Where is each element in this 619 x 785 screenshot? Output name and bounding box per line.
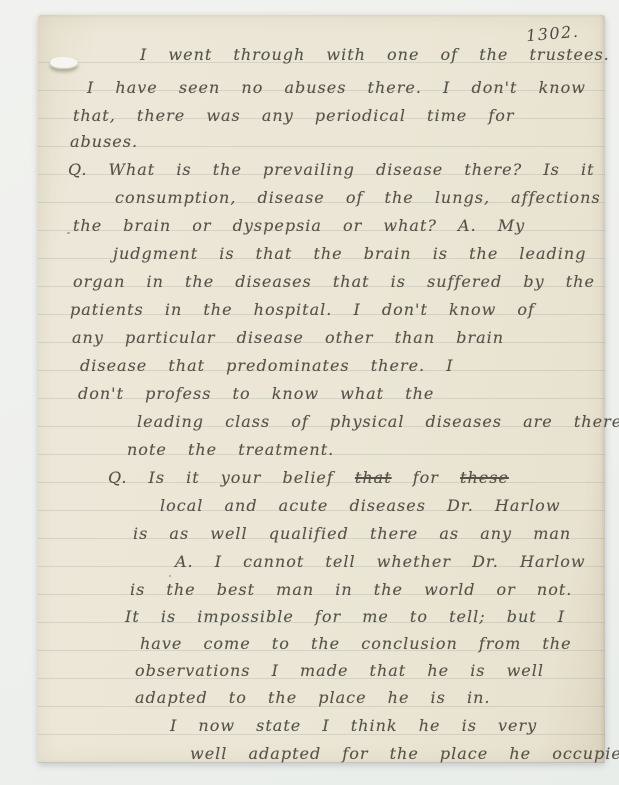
handwritten-word: or [497, 580, 516, 599]
handwritten-word: these [460, 468, 509, 487]
handwritten-line: disease that predominates there. I [80, 356, 454, 376]
handwritten-word: there [137, 106, 185, 125]
handwritten-word: patients [70, 300, 144, 319]
handwritten-word: disease [258, 188, 325, 207]
handwritten-word: that, [73, 106, 116, 125]
handwritten-word: is [433, 244, 448, 263]
handwritten-word: affections [511, 188, 601, 207]
handwritten-line: have come to the conclusion from the [140, 634, 572, 654]
handwritten-word: in [146, 272, 163, 291]
handwritten-word: occupies. [552, 744, 619, 763]
handwritten-word: don't [78, 384, 124, 403]
handwritten-word: well [210, 524, 247, 543]
handwritten-word: profess [145, 384, 211, 403]
handwritten-word: brain [456, 328, 504, 347]
handwritten-word: world [424, 580, 475, 599]
handwritten-word: the [469, 244, 498, 263]
handwritten-word: particular [125, 328, 216, 347]
handwritten-line: adapted to the place he is in. [135, 688, 490, 708]
handwritten-word: in [335, 580, 352, 599]
handwritten-word: as [439, 524, 459, 543]
handwritten-word: prevailing [263, 160, 355, 179]
handwritten-word: of [346, 188, 364, 207]
handwritten-word: any [480, 524, 512, 543]
handwritten-word: through [233, 45, 305, 64]
handwritten-word: is [161, 607, 176, 626]
handwritten-word: went [168, 45, 212, 64]
handwritten-word: dyspepsia [233, 216, 322, 235]
handwritten-word: there [370, 524, 418, 543]
handwritten-word: consumption, [115, 188, 236, 207]
handwritten-word: adapted [249, 744, 322, 763]
handwritten-word: he [509, 744, 531, 763]
handwritten-word: adapted [135, 688, 208, 707]
handwritten-word: for [342, 744, 368, 763]
handwritten-word: Harlow [495, 496, 561, 515]
handwritten-word: the [542, 634, 571, 653]
handwritten-word: diseases [235, 272, 311, 291]
handwritten-word: place [318, 688, 366, 707]
handwritten-word: class [225, 412, 270, 431]
handwritten-word: predominates [226, 356, 349, 375]
handwritten-line: leading class of physical diseases are t… [137, 412, 619, 434]
handwritten-word: one [387, 45, 419, 64]
handwritten-word: don't [471, 78, 517, 97]
handwritten-word: know [539, 78, 586, 97]
handwritten-word: in [165, 300, 182, 319]
handwritten-word: is [470, 661, 485, 680]
handwritten-word: belief [282, 468, 333, 487]
handwritten-line: patients in the hospital. I don't know o… [70, 300, 535, 320]
handwritten-word: Dr. [447, 496, 474, 515]
handwritten-word: What [109, 160, 156, 179]
handwritten-line: the brain or dyspepsia or what? A. My [73, 216, 525, 236]
handwritten-word: the [203, 300, 232, 319]
handwritten-word: leading [137, 412, 204, 431]
handwritten-word: that [333, 272, 370, 291]
handwritten-word: I [322, 716, 329, 735]
handwritten-word: I [443, 78, 450, 97]
handwriting-lines: I went through with one of the trustees.… [38, 15, 605, 763]
handwritten-word: any [262, 106, 294, 125]
handwritten-word: is [130, 580, 145, 599]
handwritten-word: other [325, 328, 373, 347]
handwritten-word: there, [574, 412, 619, 431]
handwritten-line: is as well qualified there as any man [133, 524, 571, 544]
handwritten-word: the [185, 272, 214, 291]
handwritten-word: leading [519, 244, 586, 263]
handwritten-word: well [190, 744, 227, 763]
handwritten-word: in. [467, 688, 491, 707]
handwritten-line: that, there was any periodical time for [73, 106, 515, 126]
handwritten-word: of [441, 45, 459, 64]
handwritten-word: I [446, 356, 453, 375]
handwritten-word: Q. [68, 160, 87, 179]
handwritten-word: the [268, 688, 297, 707]
handwritten-word: with [326, 45, 366, 64]
handwritten-word: is [176, 160, 191, 179]
handwritten-word: disease [80, 356, 147, 375]
handwritten-word: there. [371, 356, 425, 375]
handwritten-word: the [166, 580, 195, 599]
handwritten-word: judgment [113, 244, 198, 263]
handwritten-word: the [479, 45, 508, 64]
handwritten-word: is [462, 716, 477, 735]
handwritten-word: to [229, 688, 247, 707]
handwritten-word: know [272, 384, 319, 403]
handwritten-word: by [523, 272, 544, 291]
handwritten-word: the [311, 634, 340, 653]
handwritten-word: seen [179, 78, 220, 97]
handwritten-word: tell; [449, 607, 486, 626]
handwritten-word: are [523, 412, 553, 431]
handwritten-word: cannot [243, 552, 304, 571]
handwritten-word: periodical [315, 106, 406, 125]
handwritten-line: well adapted for the place he occupies. [190, 744, 619, 764]
handwritten-line: organ in the diseases that is suffered b… [73, 272, 595, 292]
handwritten-word: is [391, 272, 406, 291]
handwritten-word: place [440, 744, 488, 763]
handwritten-word: diseases [349, 496, 425, 515]
handwritten-line: I have seen no abuses there. I don't kno… [87, 78, 586, 98]
handwritten-word: is [219, 244, 234, 263]
handwritten-word: well [507, 661, 544, 680]
handwritten-word: trustees. [529, 45, 609, 64]
scanned-document: 1302. I went through with one of the tru… [0, 0, 619, 785]
handwritten-word: he [427, 661, 449, 680]
handwritten-word: or [343, 216, 362, 235]
handwritten-word: organ [73, 272, 125, 291]
handwritten-word: time [427, 106, 467, 125]
handwritten-word: come [203, 634, 250, 653]
handwritten-word: It [125, 607, 140, 626]
handwritten-word: A. [175, 552, 194, 571]
handwritten-word: now [198, 716, 235, 735]
handwritten-word: he [419, 716, 441, 735]
handwritten-word: the [188, 440, 217, 459]
handwritten-word: for [413, 468, 439, 487]
handwritten-word: or [192, 216, 211, 235]
handwritten-word: hospital. [254, 300, 333, 319]
handwritten-word: Harlow [520, 552, 586, 571]
handwritten-word: as [169, 524, 189, 543]
handwritten-word: I [87, 78, 94, 97]
handwritten-word: have [140, 634, 182, 653]
handwritten-word: is [133, 524, 148, 543]
document-page: 1302. I went through with one of the tru… [38, 15, 605, 763]
handwritten-word: the [313, 244, 342, 263]
handwritten-word: brain [364, 244, 412, 263]
handwritten-word: suffered [427, 272, 502, 291]
handwritten-word: the [374, 580, 403, 599]
handwritten-word: is [431, 688, 446, 707]
handwritten-word: was [206, 106, 240, 125]
handwritten-word: that [168, 356, 205, 375]
handwritten-word: what? [383, 216, 437, 235]
handwritten-word: I [272, 661, 279, 680]
handwritten-word: note [127, 440, 167, 459]
handwritten-line: judgment is that the brain is the leadin… [113, 244, 586, 264]
handwritten-word: don't [382, 300, 428, 319]
handwritten-word: made [300, 661, 348, 680]
handwritten-word: very [498, 716, 537, 735]
handwritten-word: the [566, 272, 595, 291]
handwritten-line: I now state I think he is very [170, 716, 537, 736]
handwritten-word: Dr. [472, 552, 499, 571]
handwritten-line: It is impossible for me to tell; but I [125, 607, 565, 627]
handwritten-line: A. I cannot tell whether Dr. Harlow [175, 552, 586, 572]
handwritten-line: Q. Is it your belief that for these [108, 468, 509, 488]
handwritten-word: that [355, 468, 392, 487]
handwritten-line: I went through with one of the trustees. [140, 45, 610, 65]
handwritten-word: man [276, 580, 314, 599]
handwritten-line: note the treatment. [127, 440, 334, 460]
handwritten-word: I [353, 300, 360, 319]
handwritten-word: local [160, 496, 203, 515]
handwritten-word: disease [237, 328, 304, 347]
handwritten-word: lungs, [435, 188, 490, 207]
handwritten-word: A. [458, 216, 477, 235]
handwritten-word: but [507, 607, 537, 626]
handwritten-word: I [558, 607, 565, 626]
handwritten-line: consumption, disease of the lungs, affec… [115, 188, 619, 208]
handwritten-word: to [233, 384, 251, 403]
handwritten-word: impossible [197, 607, 294, 626]
handwritten-word: not. [537, 580, 572, 599]
handwritten-word: treatment. [238, 440, 334, 459]
handwritten-line: don't profess to know what the [78, 384, 434, 404]
handwritten-word: the [385, 188, 414, 207]
handwritten-word: and [224, 496, 257, 515]
handwritten-word: tell [325, 552, 355, 571]
handwritten-word: your [221, 468, 262, 487]
handwritten-word: whether [377, 552, 451, 571]
handwritten-word: from [479, 634, 521, 653]
handwritten-word: it [186, 468, 200, 487]
handwritten-word: he [388, 688, 410, 707]
handwritten-word: what [340, 384, 384, 403]
handwritten-word: for [488, 106, 514, 125]
handwritten-word: know [449, 300, 496, 319]
handwritten-word: to [272, 634, 290, 653]
handwritten-word: that [370, 661, 407, 680]
handwritten-line: is the best man in the world or not. [130, 580, 572, 600]
handwritten-word: conclusion [361, 634, 458, 653]
handwritten-word: acute [279, 496, 329, 515]
handwritten-word: Q. [108, 468, 127, 487]
handwritten-word: the [213, 160, 242, 179]
handwritten-line: observations I made that he is well [135, 661, 544, 681]
handwritten-word: Is [543, 160, 560, 179]
handwritten-word: I [170, 716, 177, 735]
handwritten-word: I [140, 45, 147, 64]
handwritten-word: man [533, 524, 571, 543]
handwritten-word: there. [368, 78, 422, 97]
handwritten-word: I [215, 552, 222, 571]
handwritten-word: of [517, 300, 535, 319]
handwritten-word: no [241, 78, 263, 97]
handwritten-word: any [72, 328, 104, 347]
handwritten-word: for [315, 607, 341, 626]
handwritten-line: Q. What is the prevailing disease there?… [68, 160, 595, 180]
handwritten-line: local and acute diseases Dr. Harlow [160, 496, 561, 516]
handwritten-line: any particular disease other than brain [72, 328, 504, 348]
handwritten-word: the [390, 744, 419, 763]
handwritten-word: than [395, 328, 436, 347]
handwritten-word: best [217, 580, 255, 599]
handwritten-word: think [351, 716, 398, 735]
handwritten-word: physical [330, 412, 405, 431]
handwritten-word: of [291, 412, 309, 431]
handwritten-word: My [498, 216, 525, 235]
handwritten-word: Is [149, 468, 166, 487]
handwritten-word: abuses. [70, 132, 138, 151]
handwritten-word: the [405, 384, 434, 403]
handwritten-word: qualified [269, 524, 349, 543]
handwritten-word: observations [135, 661, 250, 680]
handwritten-word: state [256, 716, 301, 735]
handwritten-word: there? [464, 160, 522, 179]
handwritten-word: brain [123, 216, 171, 235]
handwritten-word: diseases [426, 412, 502, 431]
handwritten-word: me [362, 607, 389, 626]
handwritten-word: the [73, 216, 102, 235]
handwritten-word: disease [376, 160, 443, 179]
handwritten-word: it [581, 160, 595, 179]
handwritten-line: abuses. [70, 132, 138, 152]
handwritten-word: have [115, 78, 157, 97]
handwritten-word: that [256, 244, 293, 263]
handwritten-word: abuses [284, 78, 346, 97]
handwritten-word: to [410, 607, 428, 626]
